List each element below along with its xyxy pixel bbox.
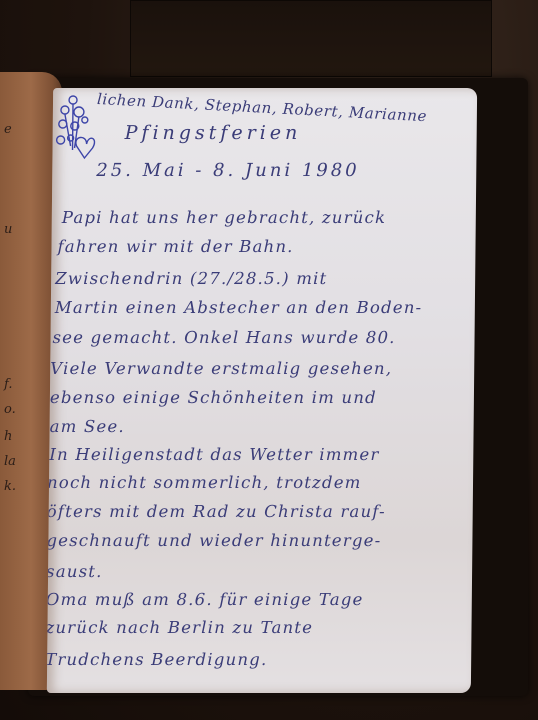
- diary-line: Oma muß am 8.6. für einige Tage: [47, 590, 364, 609]
- diary-line: fahren wir mit der Bahn.: [57, 237, 293, 256]
- diary-line: Papi hat uns her gebracht, zurück: [62, 208, 387, 227]
- diary-line: see gemacht. Onkel Hans wurde 80.: [52, 328, 395, 347]
- flower-bouquet-icon: [54, 90, 97, 168]
- diary-title: Pfingstferien: [125, 122, 302, 144]
- left-page-fragment: f.: [4, 377, 12, 392]
- left-page-fragment: h: [4, 429, 12, 444]
- header-thanks: lichen Dank, Stephan, Robert, Marianne: [96, 90, 427, 125]
- diary-line: zurück nach Berlin zu Tante: [47, 618, 313, 637]
- diary-line: Trudchens Beerdigung.: [47, 650, 268, 669]
- left-page-fragment: o.: [4, 402, 16, 417]
- diary-line: Zwischendrin (27./28.5.) mit: [55, 269, 327, 288]
- diary-line: ebenso einige Schönheiten im und: [50, 388, 377, 407]
- left-page-fragment: u: [4, 222, 12, 237]
- diary-date-range: 25. Mai - 8. Juni 1980: [96, 160, 360, 181]
- left-page-fragment: e: [4, 122, 12, 137]
- background-box: [130, 0, 492, 77]
- diary-line: Martin einen Abstecher an den Boden-: [55, 298, 423, 317]
- diary-line: saust.: [47, 562, 103, 581]
- diary-line: am See.: [50, 417, 125, 436]
- diary-page: lichen Dank, Stephan, Robert, Marianne P…: [47, 88, 477, 693]
- diary-line: noch nicht sommerlich, trotzdem: [47, 473, 362, 492]
- diary-line: öfters mit dem Rad zu Christa rauf-: [47, 502, 386, 521]
- left-page-fragment: la: [4, 454, 16, 469]
- diary-line: Viele Verwandte erstmalig gesehen,: [50, 359, 392, 378]
- diary-line: In Heiligenstadt das Wetter immer: [49, 445, 379, 464]
- diary-line: geschnauft und wieder hinunterge-: [47, 531, 382, 550]
- left-page-fragment: k.: [4, 479, 16, 494]
